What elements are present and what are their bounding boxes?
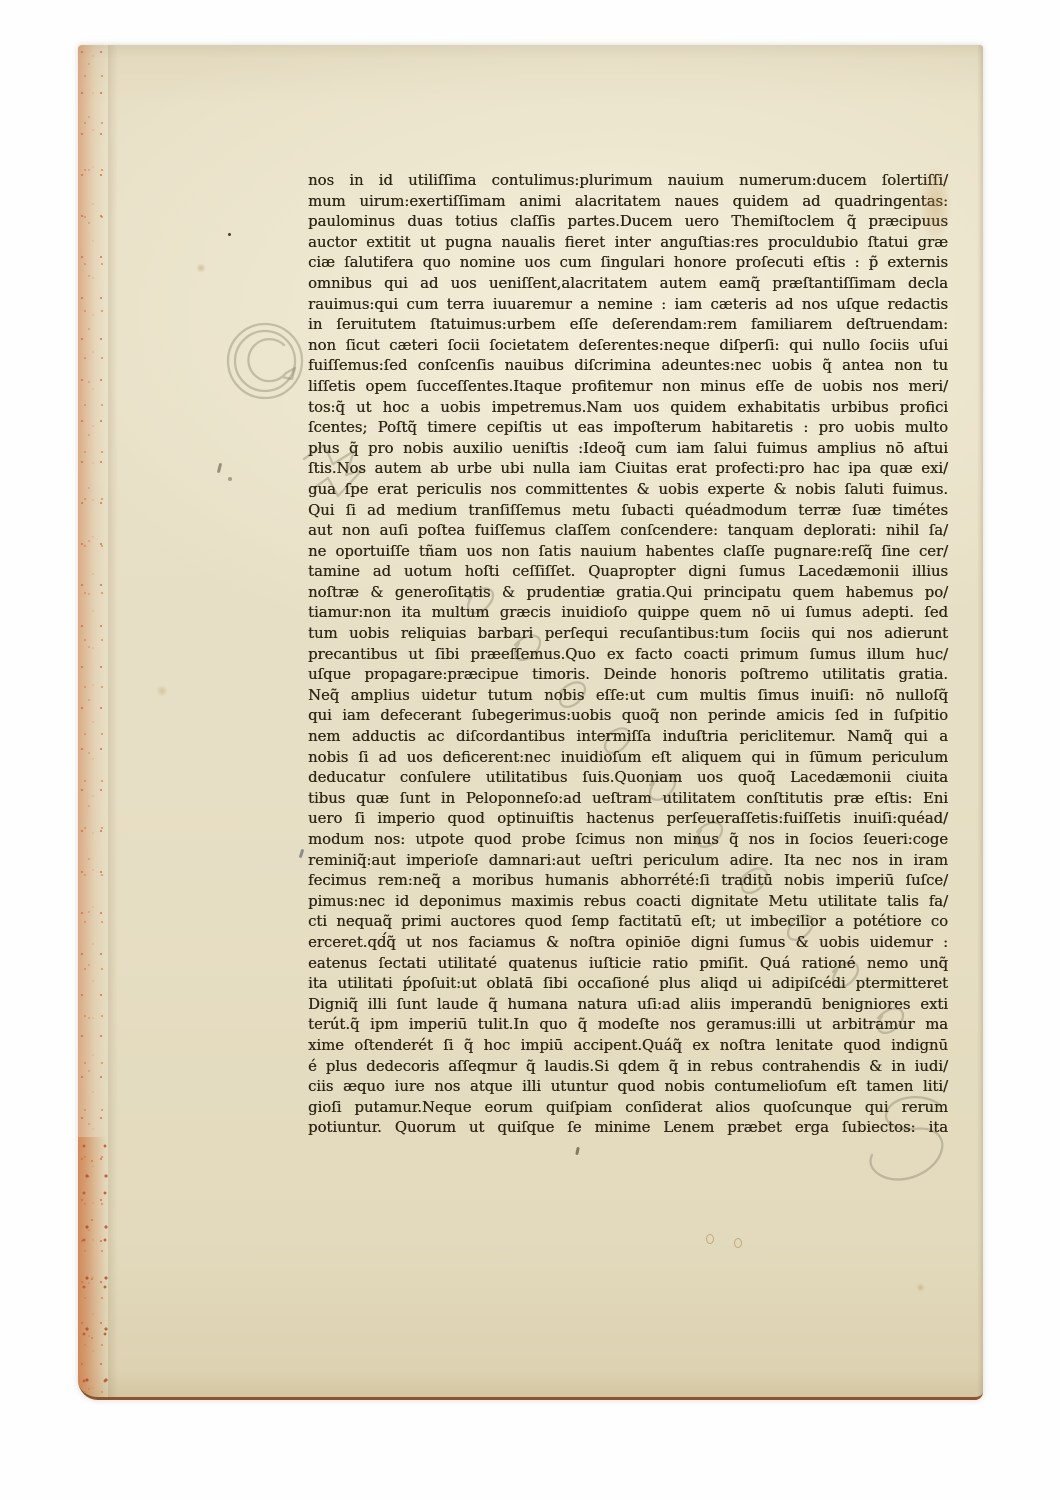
text-line: non ſicut cæteri ſocii ſocietatem deſere… — [308, 336, 948, 357]
quill-mark — [217, 463, 222, 473]
book-page: nos in id utiliſſima contulimus:plurimum… — [78, 45, 983, 1400]
text-line: uſque propagare:præcipue timoris. Deinde… — [308, 665, 948, 686]
painted-fore-edge — [78, 45, 108, 1397]
text-line: tibus quæ ſunt in Peloponneſo:ad ueſtram… — [308, 789, 948, 810]
text-line: ſtis.Nos autem ab urbe ubi nulla iam Ciu… — [308, 459, 948, 480]
text-line: aut non auſi poſtea fuiſſemus claſſem co… — [308, 521, 948, 542]
text-line: ciæ ſalutifera quo nomine uos cum ſingul… — [308, 253, 948, 274]
ink-speck — [228, 233, 231, 236]
text-line: omnibus qui ad uos ueniſſent,alacritatem… — [308, 274, 948, 295]
text-line: reminiq̃:aut imperioſe damnari:aut ueſtr… — [308, 851, 948, 872]
text-line: ſcentes; Poſtq̃ timere cepiſtis ut eas i… — [308, 418, 948, 439]
text-line: gua ſpe erat periculis nos committentes … — [308, 480, 948, 501]
text-line: cti nequaq̃ primi auctores quod ſemp fac… — [308, 912, 948, 933]
text-line: auctor extitit ut pugna naualis fieret i… — [308, 233, 948, 254]
text-line: mum uirum:exertiſſimam animi alacritatem… — [308, 192, 948, 213]
text-line: eatenus ſectati utilitaté quatenus iuſti… — [308, 954, 948, 975]
text-line: nobis ſi ad uos deficerent:nec inuidioſu… — [308, 748, 948, 769]
text-line: tiamur:non ita multum græcis inuidioſo q… — [308, 603, 948, 624]
text-line: nem adductis ac diſcordantibus intermiſſ… — [308, 727, 948, 748]
text-line: in ſeruitutem ſtatuimus:urbem eſſe deſer… — [308, 315, 948, 336]
text-line: tos:q̃ ut hoc a uobis impetremus.Nam uos… — [308, 398, 948, 419]
text-line: deducatur conſulere utilitatibus ſuis.Qu… — [308, 768, 948, 789]
text-line: Qui ſi ad medium tranſiſſemus metu ſubac… — [308, 501, 948, 522]
foxing-spot — [196, 263, 206, 273]
text-line: paulominus duas totius claſſis partes.Du… — [308, 212, 948, 233]
ink-speck — [228, 477, 232, 481]
printed-text-block: nos in id utiliſſima contulimus:plurimum… — [308, 171, 948, 1139]
text-line: nos in id utiliſſima contulimus:plurimum… — [308, 171, 948, 192]
page-right-edge — [977, 45, 983, 1397]
text-line: potiuntur. Quorum ut quiſque ſe minime L… — [308, 1118, 948, 1139]
pen-tick-mark — [299, 849, 305, 858]
circle-c-stamp-icon — [228, 324, 302, 398]
ring-speck — [706, 1234, 714, 1244]
text-line: terút.q̃ ipm imperiū tulit.In quo q̃ mod… — [308, 1015, 948, 1036]
text-line: noſtræ & generoſitatis & prudentiæ grati… — [308, 583, 948, 604]
ring-speck — [734, 1238, 742, 1248]
text-line: qui iam defecerant ſubegerimus:uobis quo… — [308, 706, 948, 727]
stray-mark — [575, 1147, 580, 1155]
text-line: fuiſſemus:ſed conſcenſis nauibus diſcrim… — [308, 356, 948, 377]
text-line: liſſetis opem ſucceſſentes.Itaque profit… — [308, 377, 948, 398]
text-line: xime oſtenderét ſi q̃ hoc impiū accipent… — [308, 1036, 948, 1057]
text-line: é plus dedecoris aſſeqmur q̃ laudis.Si q… — [308, 1057, 948, 1078]
text-line: rauimus:qui cum terra iuuaremur a nemine… — [308, 295, 948, 316]
text-line: precantibus ut ſibi præeſſemus.Quo ex fa… — [308, 645, 948, 666]
text-line: Digniq̃ illi ſunt laude q̃ humana natura… — [308, 995, 948, 1016]
text-line: ne oportuiſſe tñam uos non ſatis nauium … — [308, 542, 948, 563]
text-line: plus q̃ pro nobis auxilio ueniſtis :Ideo… — [308, 439, 948, 460]
text-line: uero ſi imperio quod optinuiſtis hactenu… — [308, 809, 948, 830]
text-line: tum uobis reliquias barbari perſequi rec… — [308, 624, 948, 645]
text-line: Neq̃ amplius uidetur tutum nobis eſſe:ut… — [308, 686, 948, 707]
text-line: gioſi putamur.Neque eorum quiſpiam conſi… — [308, 1098, 948, 1119]
gutter-shadow — [108, 45, 118, 1397]
text-line: modum nos: utpote quod probe ſcimus non … — [308, 830, 948, 851]
foxing-spot — [156, 685, 168, 697]
text-line: fecimus rem:neq̃ a moribus humanis abhor… — [308, 871, 948, 892]
text-line: erceret.qd́q̃ ut nos faciamus & noſtra o… — [308, 933, 948, 954]
text-line: pimus:nec id deponimus maximis rebus coa… — [308, 892, 948, 913]
text-line: tamine ad uotum hoſti ceſſiſſet. Quaprop… — [308, 562, 948, 583]
text-line: ita utilitati ṕpoſuit:ut oblatā ſibi occ… — [308, 974, 948, 995]
text-line: ciis æquo iure nos atque illi utuntur qu… — [308, 1077, 948, 1098]
foxing-spot — [916, 1283, 925, 1292]
